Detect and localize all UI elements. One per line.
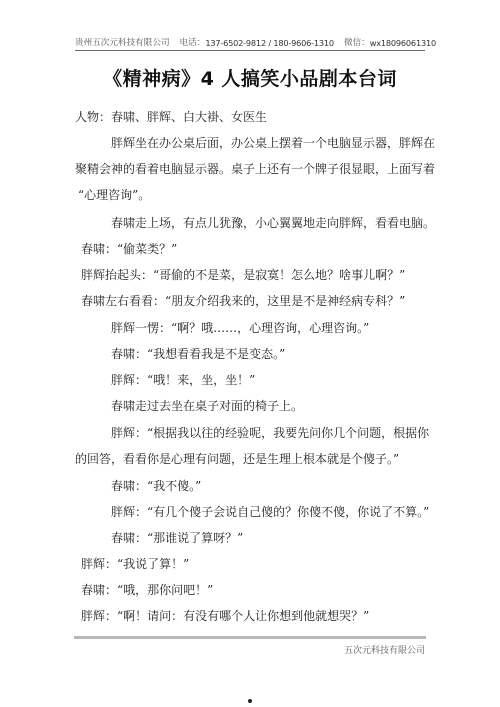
header-wechat-label: 微信： (344, 36, 370, 48)
page-header: 贵州五次元科技有限公司 电话： 137-6502-9812 / 180-9606… (75, 34, 425, 51)
text-line: 胖辉：“啊！请问：有没有哪个人让你想到他就想哭？” (81, 608, 369, 624)
document-title: 《精神病》4 人搞笑小品剧本台词 (0, 64, 500, 91)
header-phone-label: 电话： (180, 36, 206, 48)
text-line: “心理咨询”。 (78, 187, 150, 203)
text-line: 春啸左右看看：“朋友介绍我来的，这里是不是神经病专科？” (81, 293, 405, 309)
text-line: 春啸：“偷菜类？” (81, 241, 177, 257)
header-company: 贵州五次元科技有限公司 (75, 36, 170, 48)
text-line: 春啸走上场，有点儿犹豫，小心翼翼地走向胖辉，看看电脑。 (111, 215, 435, 231)
footer-divider (74, 636, 426, 639)
text-line: 春啸走过去坐在桌子对面的椅子上。 (111, 398, 303, 414)
text-line: 胖辉：“哦！来，坐，坐！” (111, 372, 255, 388)
text-line: 胖辉抬起头：“哥偷的不是菜，是寂寞！怎么地？啥事儿啊？” (81, 267, 405, 283)
header-phone-value: 137-6502-9812 / 180-9606-1310 (205, 38, 334, 48)
text-line: 春啸：“哦，那你问吧！” (81, 582, 213, 598)
text-line: 春啸：“我不傻。” (111, 478, 201, 494)
text-line: 胖辉一愣：“啊？哦……，心理咨询，心理咨询。” (111, 320, 369, 336)
text-line: 胖辉：“我说了算！” (81, 556, 189, 572)
text-line: 胖辉：“根据我以往的经验呢，我要先问你几个问题，根据你 (111, 425, 429, 441)
document-page: 贵州五次元科技有限公司 电话： 137-6502-9812 / 180-9606… (0, 0, 500, 707)
text-line: 胖辉：“有几个傻子会说自己傻的？你傻不傻，你说了不算。” (111, 504, 429, 520)
text-line: 春啸：“我想看看我是不是变态。” (111, 346, 285, 362)
text-line: 胖辉坐在办公桌后面，办公桌上摆着一个电脑显示器，胖辉在 (111, 135, 435, 151)
text-line: 聚精会神的看着电脑显示器。桌子上还有一个牌子很显眼，上面写着 (75, 161, 435, 177)
header-wechat-value: wx18096061310 (370, 38, 436, 48)
text-line: 的回答，看看你是心理有问题，还是生理上根本就是个傻子。” (75, 451, 399, 467)
footer-company: 五次元科技有限公司 (344, 643, 425, 656)
text-line: 人物：春啸、胖辉、白大褂、女医生 (75, 109, 267, 125)
text-line: 春啸：“那谁说了算呀？” (111, 530, 243, 546)
page-marker-dot (248, 699, 252, 703)
